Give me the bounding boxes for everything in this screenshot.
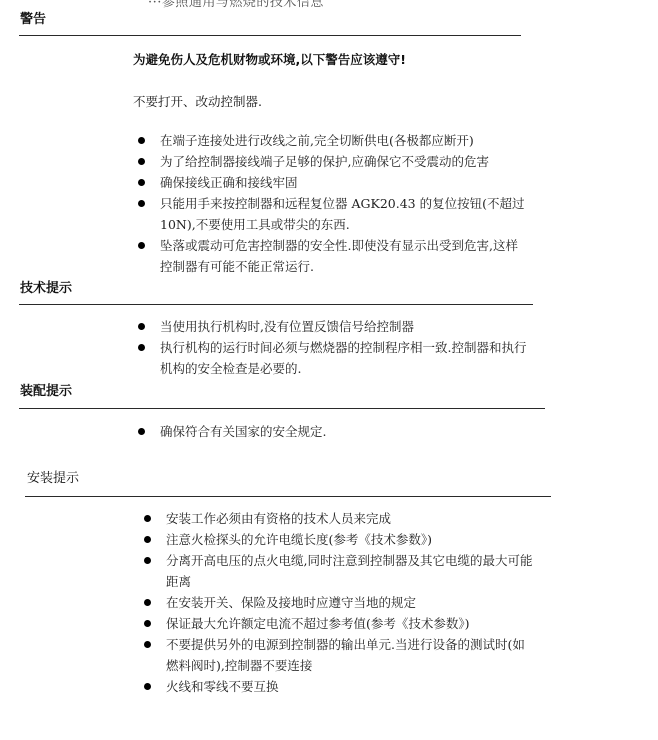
bullet-icon [144,620,151,627]
list-item: 只能用手来按控制器和远程复位器 AGK20.43 的复位按钮(不超过 10N),… [160,193,524,235]
list-item: 保证最大允许额定电流不超过参考值(参考《技术参数》) [166,613,532,634]
bullet-icon [144,599,151,606]
list-item-text: 分离开高电压的点火电缆,同时注意到控制器及其它电缆的最大可能 距离 [166,550,532,592]
installation-list: 安装工作必须由有资格的技术人员来完成 注意火检探头的允许电缆长度(参考《技术参数… [166,508,532,697]
list-item-text: 在端子连接处进行改线之前,完全切断供电(各极都应断开) [160,130,524,151]
bullet-icon [144,515,151,522]
bullet-icon [144,557,151,564]
bullet-icon [138,158,145,165]
list-item: 火线和零线不要互换 [166,676,532,697]
list-item-text: 注意火检探头的允许电缆长度(参考《技术参数》) [166,529,532,550]
list-item-text: 确保接线正确和接线牢固 [160,172,524,193]
list-item-text: 当使用执行机构时,没有位置反馈信号给控制器 [160,316,526,337]
list-item-text: 执行机构的运行时间必须与燃烧器的控制程序相一致.控制器和执行 机构的安全检查是必… [160,337,526,379]
list-item: 安装工作必须由有资格的技术人员来完成 [166,508,532,529]
list-item: 在端子连接处进行改线之前,完全切断供电(各极都应断开) [160,130,524,151]
list-item-text: 火线和零线不要互换 [166,676,532,697]
bullet-icon [138,179,145,186]
bullet-icon [138,200,145,207]
list-item: 不要提供另外的电源到控制器的输出单元.当进行设备的测试时(如 燃料阀时),控制器… [166,634,532,676]
list-item: 分离开高电压的点火电缆,同时注意到控制器及其它电缆的最大可能 距离 [166,550,532,592]
list-item: 确保接线正确和接线牢固 [160,172,524,193]
bullet-icon [144,536,151,543]
list-item: 当使用执行机构时,没有位置反馈信号给控制器 [160,316,526,337]
section-heading-assembly: 装配提示 [20,380,72,399]
section-divider [19,408,545,409]
bullet-icon [138,428,145,435]
list-item-text: 为了给控制器接线端子足够的保护,应确保它不受震动的危害 [160,151,524,172]
list-item-text: 在安装开关、保险及接地时应遵守当地的规定 [166,592,532,613]
list-item-text: 坠落或震动可危害控制器的安全性.即使没有显示出受到危害,这样 控制器有可能不能正… [160,235,524,277]
cut-off-text-line: ···参照通用与燃烧的技术信息 [148,0,324,10]
section-heading-warning: 警告 [20,8,46,27]
bullet-icon [144,683,151,690]
list-item-text: 确保符合有关国家的安全规定. [160,421,326,442]
warning-list: 在端子连接处进行改线之前,完全切断供电(各极都应断开) 为了给控制器接线端子足够… [160,130,524,277]
warning-note: 不要打开、改动控制器. [133,92,262,110]
section-divider [19,35,521,36]
list-item: 注意火检探头的允许电缆长度(参考《技术参数》) [166,529,532,550]
section-heading-installation: 安装提示 [27,467,79,486]
assembly-list: 确保符合有关国家的安全规定. [160,421,326,442]
list-item: 执行机构的运行时间必须与燃烧器的控制程序相一致.控制器和执行 机构的安全检查是必… [160,337,526,379]
bullet-icon [144,641,151,648]
list-item: 坠落或震动可危害控制器的安全性.即使没有显示出受到危害,这样 控制器有可能不能正… [160,235,524,277]
list-item-text: 安装工作必须由有资格的技术人员来完成 [166,508,532,529]
bullet-icon [138,137,145,144]
list-item: 在安装开关、保险及接地时应遵守当地的规定 [166,592,532,613]
bullet-icon [138,242,145,249]
list-item-text: 不要提供另外的电源到控制器的输出单元.当进行设备的测试时(如 燃料阀时),控制器… [166,634,532,676]
technical-list: 当使用执行机构时,没有位置反馈信号给控制器 执行机构的运行时间必须与燃烧器的控制… [160,316,526,379]
list-item: 为了给控制器接线端子足够的保护,应确保它不受震动的危害 [160,151,524,172]
list-item-text: 只能用手来按控制器和远程复位器 AGK20.43 的复位按钮(不超过 10N),… [160,193,524,235]
bullet-icon [138,344,145,351]
list-item: 确保符合有关国家的安全规定. [160,421,326,442]
section-heading-technical: 技术提示 [20,277,72,296]
list-item-text: 保证最大允许额定电流不超过参考值(参考《技术参数》) [166,613,532,634]
warning-intro: 为避免伤人及危机财物或环境,以下警告应该遵守! [133,50,406,68]
bullet-icon [138,323,145,330]
section-divider [19,304,533,305]
section-divider [25,496,551,497]
